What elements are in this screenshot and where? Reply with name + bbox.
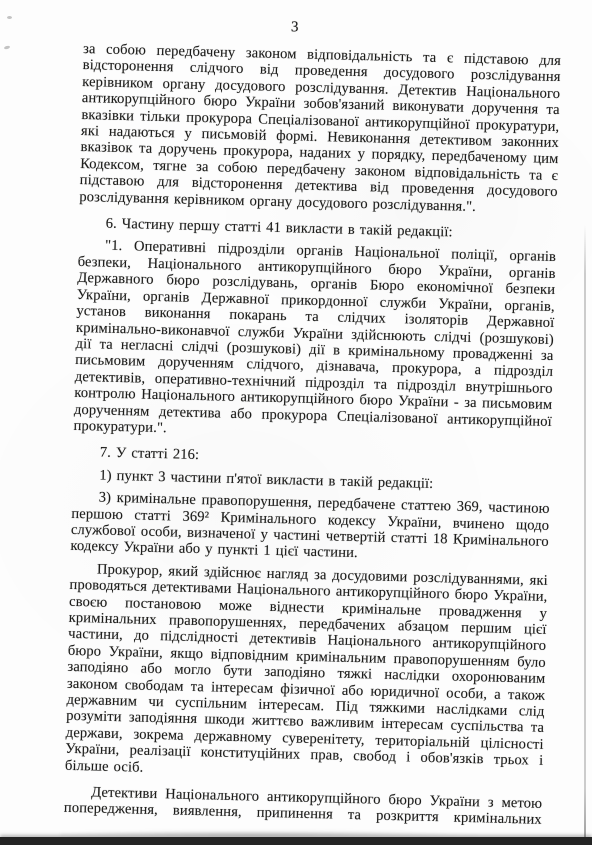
paragraph-article-41-text: "1. Оперативні підрозділи органів Націон…: [73, 237, 556, 446]
page-edge-line: [584, 225, 586, 838]
paragraph-detectives: Детективи Національного антикорупційного…: [64, 784, 543, 829]
scan-bottom-bar: [0, 837, 592, 845]
paragraph-subitem-3: 3) кримінальне правопорушення, передбаче…: [70, 489, 550, 567]
scan-speck: [7, 16, 12, 19]
scan-shadow-smudge: [60, 831, 480, 836]
page-number: 3: [56, 12, 534, 43]
paragraph-continuation: за собою передбачену законом відповідаль…: [79, 41, 561, 217]
paragraph-prosecutor: Прокурор, який здійснює нагляд за досудо…: [65, 561, 548, 786]
scan-speck: [4, 45, 11, 49]
document-text-block: 3 за собою передбачену законом відповіда…: [64, 13, 562, 829]
scanned-document-page: 3 за собою передбачену законом відповіда…: [0, 0, 592, 845]
